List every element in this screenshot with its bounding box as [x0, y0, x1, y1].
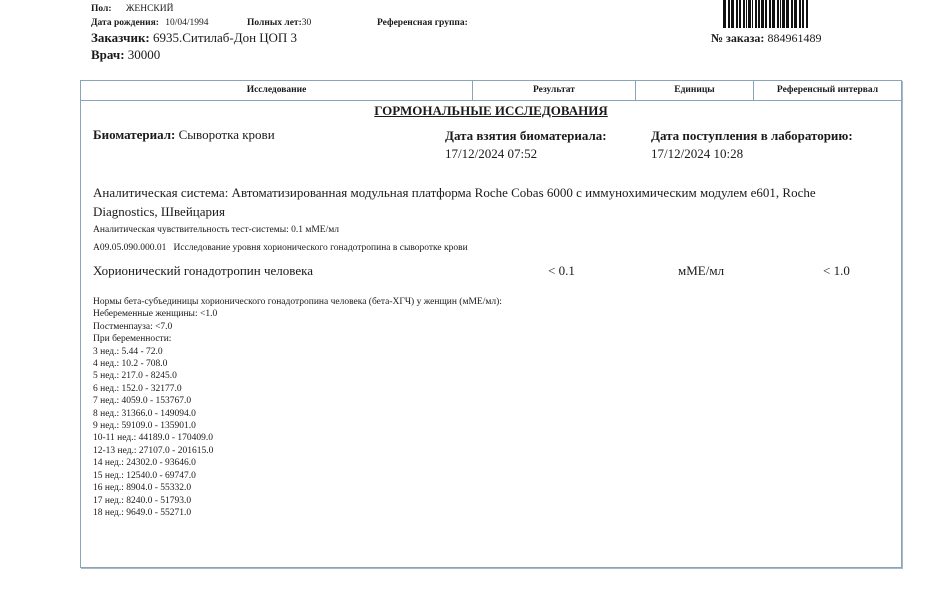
result-name: Хорионический гонадотропин человека [93, 263, 313, 279]
column-header-reference: Референсный интервал [754, 81, 901, 100]
norm-item: 10-11 нед.: 44189.0 - 170409.0 [93, 432, 502, 444]
analytical-sensitivity: Аналитическая чувствительность тест-сист… [93, 225, 339, 235]
collection-date-value: 17/12/2024 07:52 [445, 146, 537, 161]
results-table: Исследование Результат Единицы Референсн… [80, 80, 902, 568]
norms-title: Нормы бета-субъединицы хорионического го… [93, 296, 502, 308]
analyzer-system: Аналитическая система: Автоматизированна… [93, 183, 873, 221]
sex-value: ЖЕНСКИЙ [126, 4, 174, 14]
norm-item: 17 нед.: 8240.0 - 51793.0 [93, 495, 502, 507]
norm-item: 7 нед.: 4059.0 - 153767.0 [93, 395, 502, 407]
biomaterial-value: Сыворотка крови [179, 127, 275, 142]
order-number-label: № заказа: [711, 31, 764, 45]
barcode-icon [723, 0, 841, 28]
client: Заказчик: 6935.Ситилаб-Дон ЦОП 3 [91, 30, 297, 46]
reference-norms: Нормы бета-субъединицы хорионического го… [93, 296, 502, 519]
table-header: Исследование Результат Единицы Референсн… [81, 81, 901, 101]
doctor-value: 30000 [128, 47, 161, 62]
age-label: Полных лет: [247, 18, 302, 28]
result-value: < 0.1 [548, 263, 575, 279]
service-code-line: A09.05.090.000.01 Исследование уровня хо… [93, 243, 468, 253]
norm-item: 4 нед.: 10.2 - 708.0 [93, 358, 502, 370]
service-code: A09.05.090.000.01 [93, 243, 166, 253]
patient-birth: Дата рождения: 10/04/1994 [91, 18, 209, 28]
client-value: 6935.Ситилаб-Дон ЦОП 3 [153, 30, 297, 45]
client-label: Заказчик: [91, 30, 150, 45]
biomaterial: Биоматериал: Сыворотка крови [93, 127, 275, 143]
received-date-value: 17/12/2024 10:28 [651, 146, 743, 161]
norm-item: При беременности: [93, 333, 502, 345]
patient-sex: Пол: ЖЕНСКИЙ [91, 4, 173, 14]
result-unit: мМЕ/мл [678, 263, 724, 279]
reference-group-label: Референсная группа: [377, 18, 468, 28]
column-header-result: Результат [473, 81, 636, 100]
column-header-test: Исследование [81, 81, 473, 100]
table-row: Хорионический гонадотропин человека < 0.… [93, 263, 893, 281]
received-date: Дата поступления в лабораторию: 17/12/20… [651, 127, 853, 163]
norm-item: 16 нед.: 8904.0 - 55332.0 [93, 482, 502, 494]
norm-item: 18 нед.: 9649.0 - 55271.0 [93, 507, 502, 519]
patient-age: Полных лет:30 [247, 18, 311, 28]
service-name: Исследование уровня хорионического гонад… [174, 243, 468, 253]
birth-label: Дата рождения: [91, 18, 159, 28]
norm-item: 8 нед.: 31366.0 - 149094.0 [93, 408, 502, 420]
norm-item: 3 нед.: 5.44 - 72.0 [93, 346, 502, 358]
collection-date: Дата взятия биоматериала: 17/12/2024 07:… [445, 127, 607, 163]
result-reference: < 1.0 [823, 263, 850, 279]
norm-item: Постменпауза: <7.0 [93, 321, 502, 333]
norm-item: 9 нед.: 59109.0 - 135901.0 [93, 420, 502, 432]
order-number-value: 884961489 [767, 31, 821, 45]
age-value: 30 [302, 18, 312, 28]
biomaterial-label: Биоматериал: [93, 127, 175, 142]
norm-item: 14 нед.: 24302.0 - 93646.0 [93, 457, 502, 469]
doctor-label: Врач: [91, 47, 125, 62]
reference-group: Референсная группа: [377, 18, 468, 28]
norm-item: Небеременные женщины: <1.0 [93, 308, 502, 320]
column-header-units: Единицы [636, 81, 754, 100]
norm-item: 12-13 нед.: 27107.0 - 201615.0 [93, 445, 502, 457]
section-title-text: ГОРМОНАЛЬНЫЕ ИССЛЕДОВАНИЯ [374, 103, 608, 118]
norm-item: 5 нед.: 217.0 - 8245.0 [93, 370, 502, 382]
norm-item: 15 нед.: 12540.0 - 69747.0 [93, 470, 502, 482]
collection-date-label: Дата взятия биоматериала: [445, 128, 607, 143]
sex-label: Пол: [91, 4, 112, 14]
doctor: Врач: 30000 [91, 47, 160, 63]
received-date-label: Дата поступления в лабораторию: [651, 128, 853, 143]
order-number: № заказа: 884961489 [711, 31, 821, 46]
birth-value: 10/04/1994 [165, 18, 208, 28]
section-title: ГОРМОНАЛЬНЫЕ ИССЛЕДОВАНИЯ [81, 103, 901, 119]
norm-item: 6 нед.: 152.0 - 32177.0 [93, 383, 502, 395]
